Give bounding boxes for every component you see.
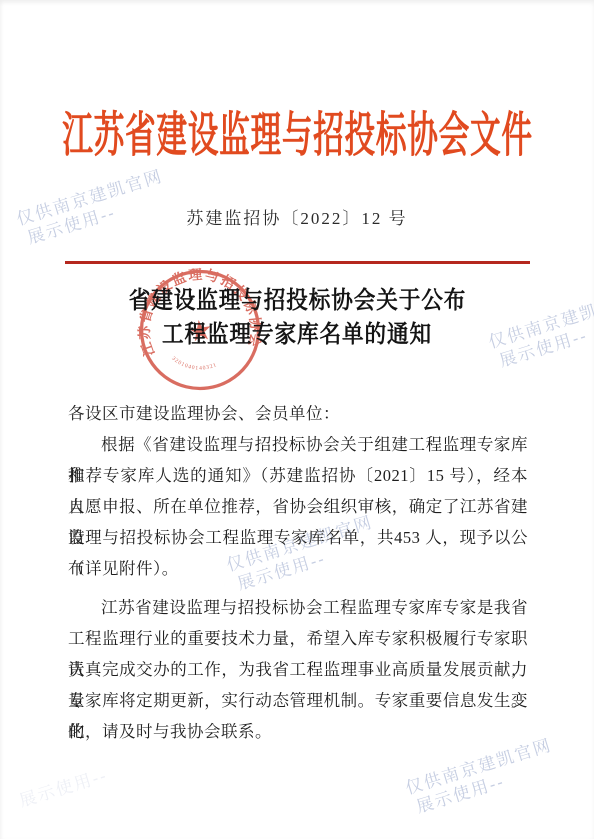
- body-line: 根据《省建设监理与招投标协会关于组建工程监理专家库和: [68, 429, 528, 460]
- document-page: 仅供南京建凯官网 展示使用-- 仅供南京建凯官网 展示使用-- 仅供南京建凯官网…: [0, 0, 594, 839]
- notice-title-line2: 工程监理专家库名单的通知: [0, 318, 594, 352]
- body-line: 自愿申报、所在单位推荐，省协会组织审核，确定了江苏省建设: [68, 491, 528, 522]
- notice-title: 省建设监理与招投标协会关于公布 工程监理专家库名单的通知: [0, 284, 594, 352]
- body-salutation: 各设区市建设监理协会、会员单位：: [68, 398, 528, 429]
- seal-serial-number: 3201040140321: [170, 350, 219, 376]
- document-number: 苏建监招协〔2022〕12 号: [0, 204, 594, 229]
- body-line: 专家库将定期更新，实行动态管理机制。专家重要信息发生变化: [68, 685, 528, 716]
- body-line: 江苏省建设监理与招投标协会工程监理专家库专家是我省: [68, 592, 528, 623]
- letterhead: 江苏省建设监理与招投标协会文件: [0, 96, 594, 165]
- letterhead-title: 江苏省建设监理与招投标协会文件: [62, 96, 532, 165]
- notice-title-line1: 省建设监理与招投标协会关于公布: [0, 284, 594, 318]
- body-line: 推荐专家库人选的通知》（苏建监招协〔2021〕15 号），经本人: [68, 460, 528, 491]
- notice-body: 各设区市建设监理协会、会员单位： 根据《省建设监理与招投标协会关于组建工程监理专…: [68, 398, 528, 747]
- red-divider-line: [65, 261, 530, 264]
- watermark-bottom-right: 仅供南京建凯官网 展示使用--: [403, 735, 561, 820]
- body-line: 认真完成交办的工作，为我省工程监理事业高质量发展贡献力量。: [68, 654, 528, 685]
- body-line: （详见附件）。: [68, 553, 528, 584]
- body-line: 监理与招投标协会工程监理专家库名单，共453 人，现予以公布: [68, 522, 528, 553]
- body-line: 的，请及时与我协会联系。: [68, 716, 528, 747]
- watermark-bottom-left-faint: 展示使用--: [12, 765, 110, 813]
- body-line: 工程监理行业的重要技术力量，希望入库专家积极履行专家职责，: [68, 623, 528, 654]
- watermark-text-line2: 展示使用--: [17, 765, 110, 812]
